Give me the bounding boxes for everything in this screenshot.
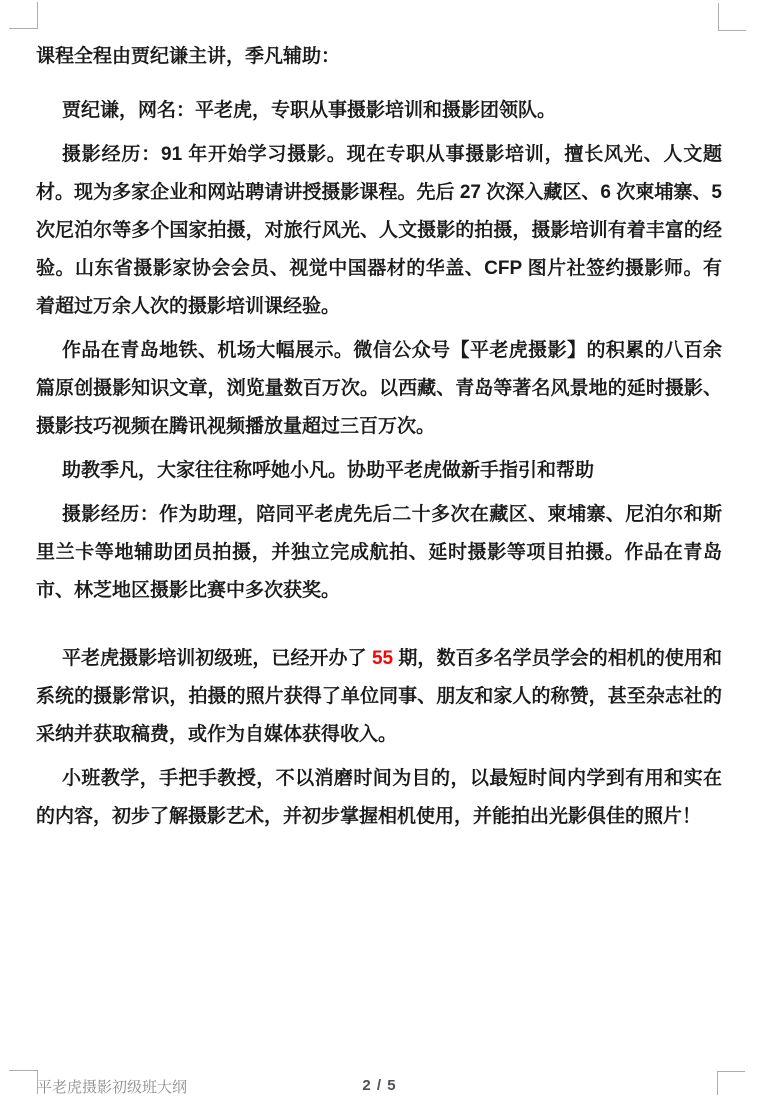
document-body: 课程全程由贾纪谦主讲，季凡辅助： 贾纪谦，网名：平老虎，专职从事摄影培训和摄影团… (36, 38, 722, 842)
paragraph-works-exposure: 作品在青岛地铁、机场大幅展示。微信公众号【平老虎摄影】的积累的八百余篇原创摄影知… (36, 332, 722, 446)
page-number: 2 / 5 (0, 1077, 759, 1094)
paragraph-instructor-experience: 摄影经历：91 年开始学习摄影。现在专职从事摄影培训，擅长风光、人文题材。现为多… (36, 136, 722, 326)
paragraph-teaching-style: 小班教学，手把手教授，不以消磨时间为目的，以最短时间内学到有用和实在的内容，初步… (36, 760, 722, 836)
paragraph-course-sessions: 平老虎摄影培训初级班，已经开办了 55 期，数百多名学员学会的相机的使用和系统的… (36, 640, 722, 754)
paragraph-assistant-name: 助教季凡，大家往往称呼她小凡。协助平老虎做新手指引和帮助 (36, 452, 722, 490)
crop-mark-top-left (9, 2, 38, 29)
session-count-highlight: 55 (372, 648, 393, 669)
blank-line (36, 616, 722, 640)
page-footer: 平老虎摄影初级班大纲 2 / 5 (0, 1076, 759, 1100)
paragraph-intro: 课程全程由贾纪谦主讲，季凡辅助： (36, 38, 722, 76)
paragraph-instructor-name: 贾纪谦，网名：平老虎，专职从事摄影培训和摄影团领队。 (36, 92, 722, 130)
paragraph-text-before: 平老虎摄影培训初级班，已经开办了 (62, 648, 372, 669)
crop-mark-top-right (718, 3, 746, 31)
document-page: { "document": { "paragraphs": [ { "text"… (0, 0, 759, 1108)
paragraph-assistant-experience: 摄影经历：作为助理，陪同平老虎先后二十多次在藏区、柬埔寨、尼泊尔和斯里兰卡等地辅… (36, 496, 722, 610)
